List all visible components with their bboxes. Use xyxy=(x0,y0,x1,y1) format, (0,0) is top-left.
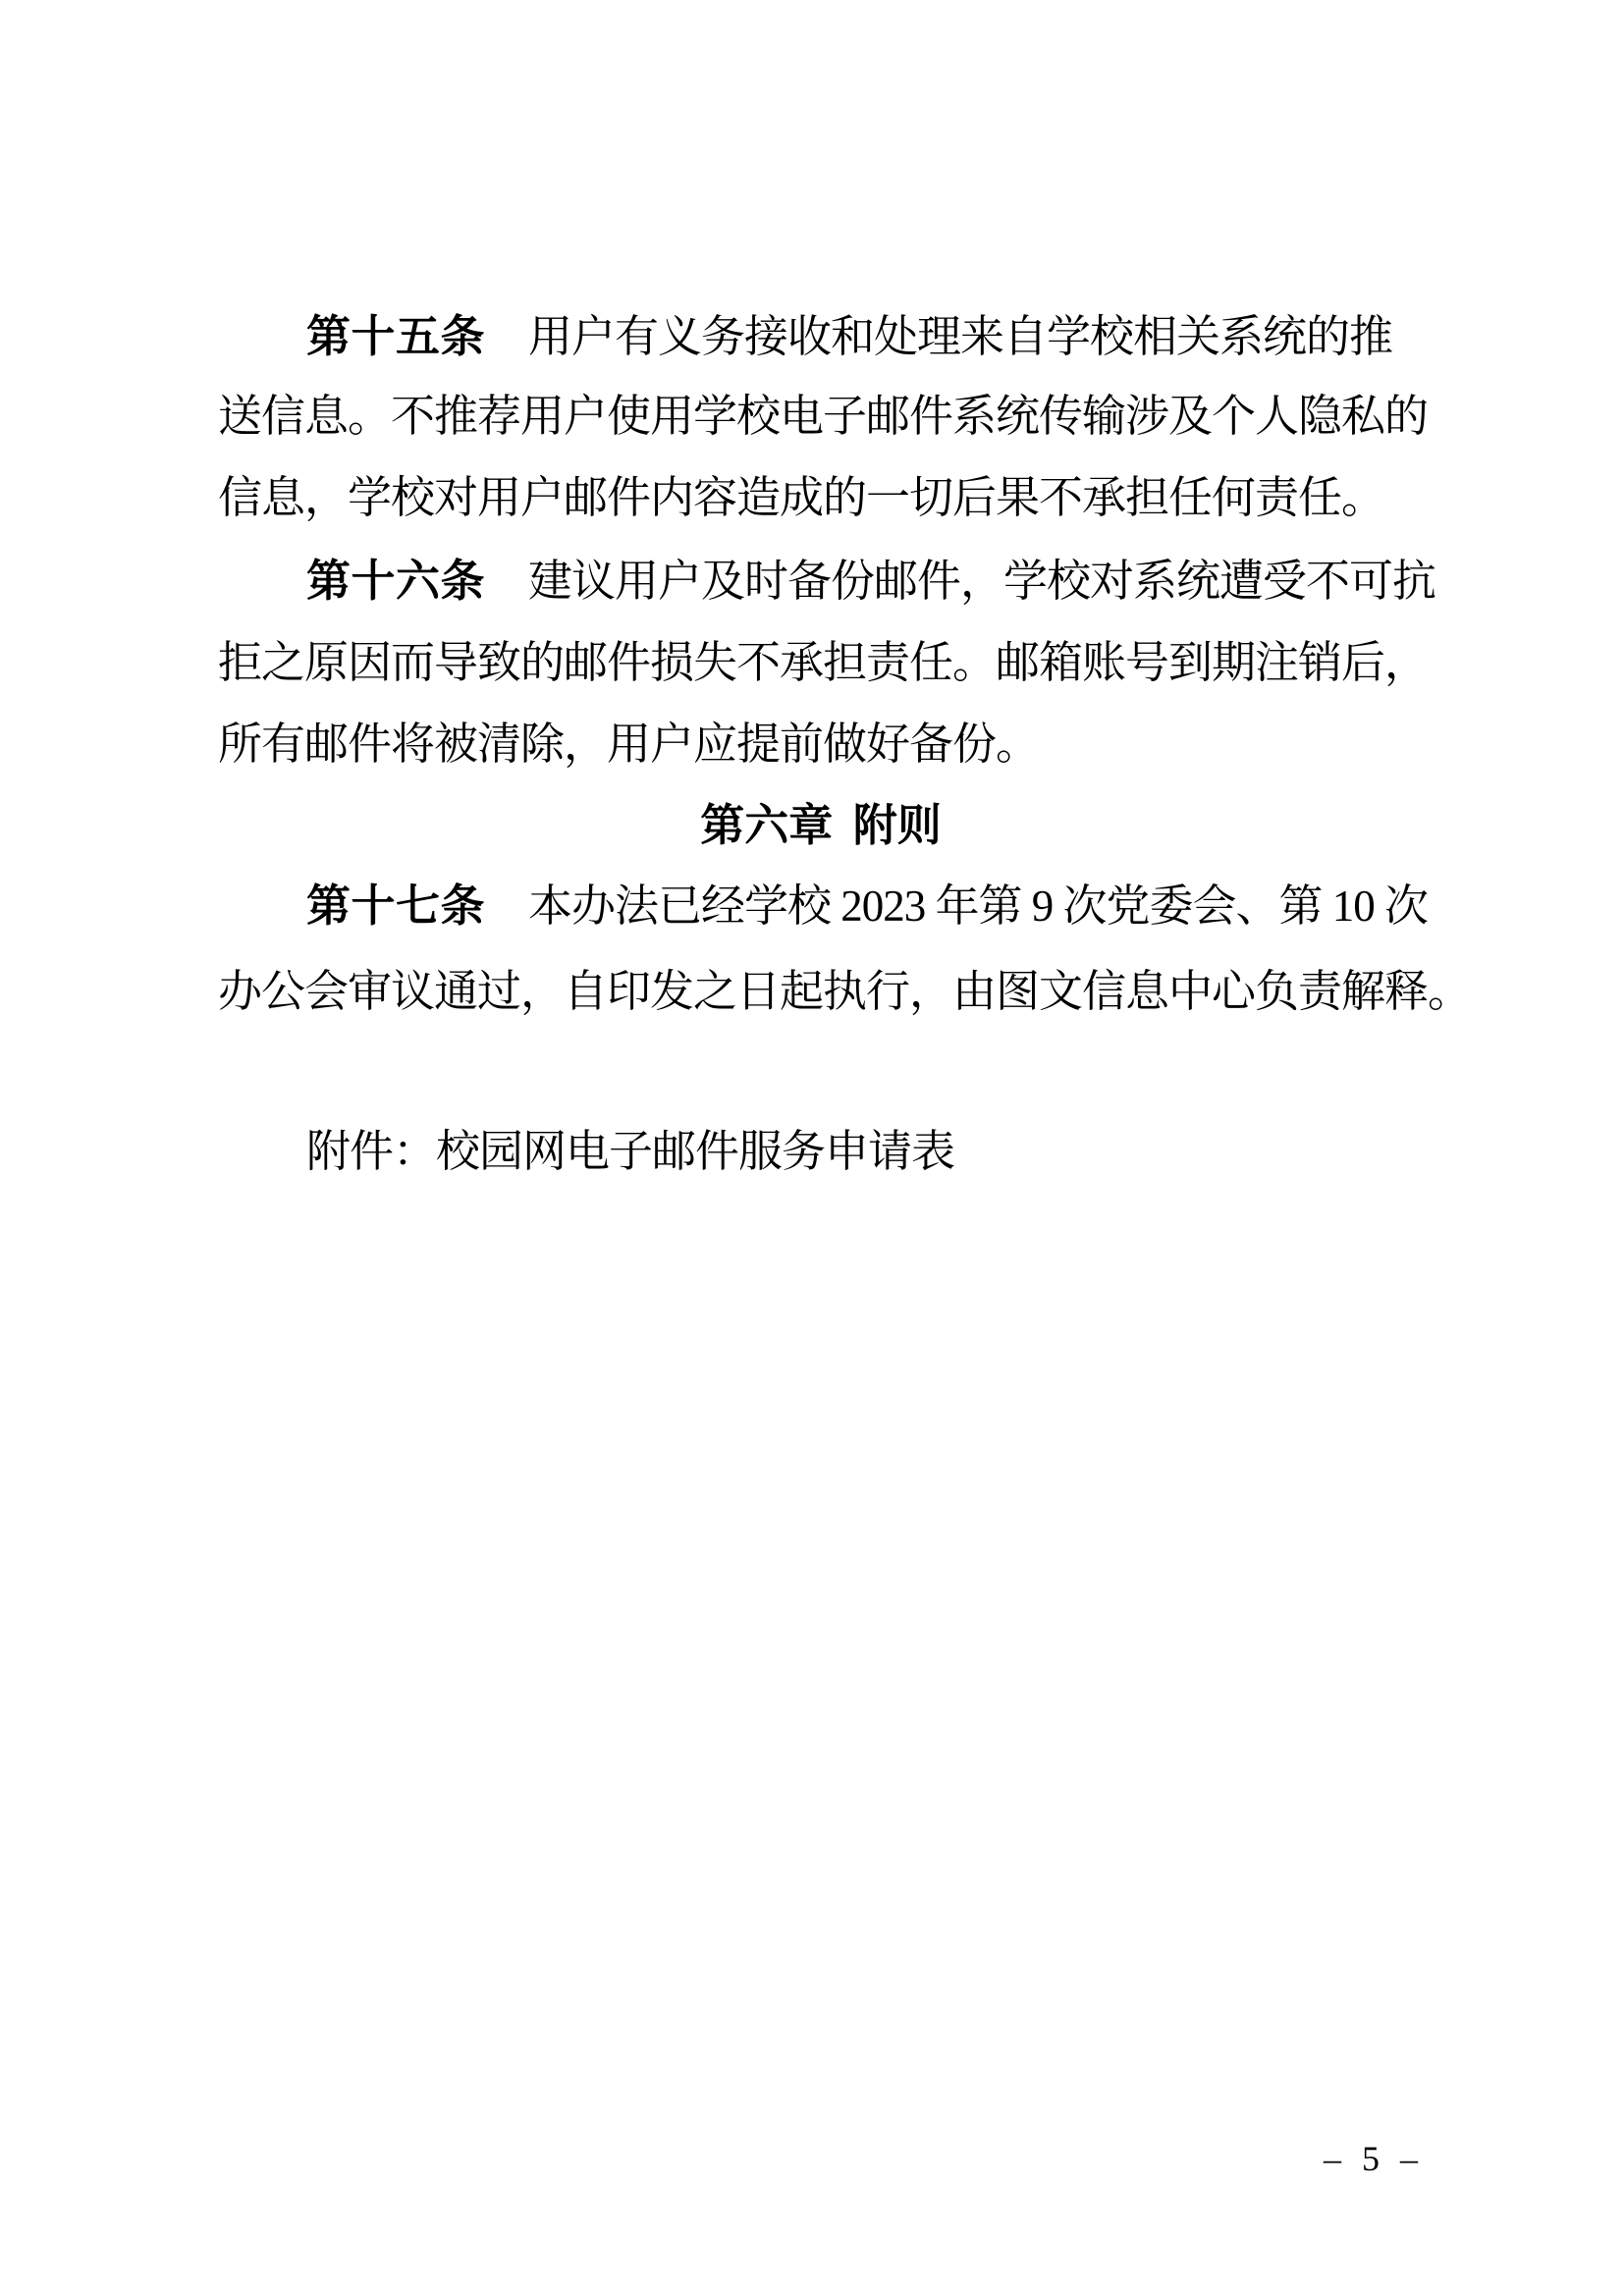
article-15-label: 第十五条 xyxy=(306,311,485,361)
article-15-text-1: 用户有义务接收和处理来自学校相关系统的推 xyxy=(528,312,1392,361)
article-17-line-1: 第十七条本办法已经学校 2023 年第 9 次党委会、第 10 次 xyxy=(306,882,1428,930)
article-15-line-2: 送信息。不推荐用户使用学校电子邮件系统传输涉及个人隐私的 xyxy=(218,393,1428,440)
chapter-heading: 第六章 附则 xyxy=(218,802,1424,849)
article-16-line-2: 拒之原因而导致的邮件损失不承担责任。邮箱账号到期注销后， xyxy=(218,639,1428,686)
article-17-text-1: 本办法已经学校 2023 年第 9 次党委会、第 10 次 xyxy=(528,881,1428,931)
document-page: 第十五条用户有义务接收和处理来自学校相关系统的推 送信息。不推荐用户使用学校电子… xyxy=(0,0,1624,2296)
article-17-line-2: 办公会审议通过，自印发之日起执行，由图文信息中心负责解释。 xyxy=(218,968,1471,1015)
article-17-label: 第十七条 xyxy=(306,881,485,931)
article-16-label: 第十六条 xyxy=(306,556,485,606)
page-number: – 5 – xyxy=(1324,2140,1424,2177)
article-15-line-1: 第十五条用户有义务接收和处理来自学校相关系统的推 xyxy=(306,313,1392,360)
article-16-text-1: 建议用户及时备份邮件，学校对系统遭受不可抗 xyxy=(528,557,1435,606)
article-16-line-1: 第十六条建议用户及时备份邮件，学校对系统遭受不可抗 xyxy=(306,558,1435,605)
article-15-line-3: 信息，学校对用户邮件内容造成的一切后果不承担任何责任。 xyxy=(218,474,1384,521)
attachment-line: 附件：校园网电子邮件服务申请表 xyxy=(306,1128,954,1175)
article-16-line-3: 所有邮件将被清除，用户应提前做好备份。 xyxy=(218,721,1039,768)
